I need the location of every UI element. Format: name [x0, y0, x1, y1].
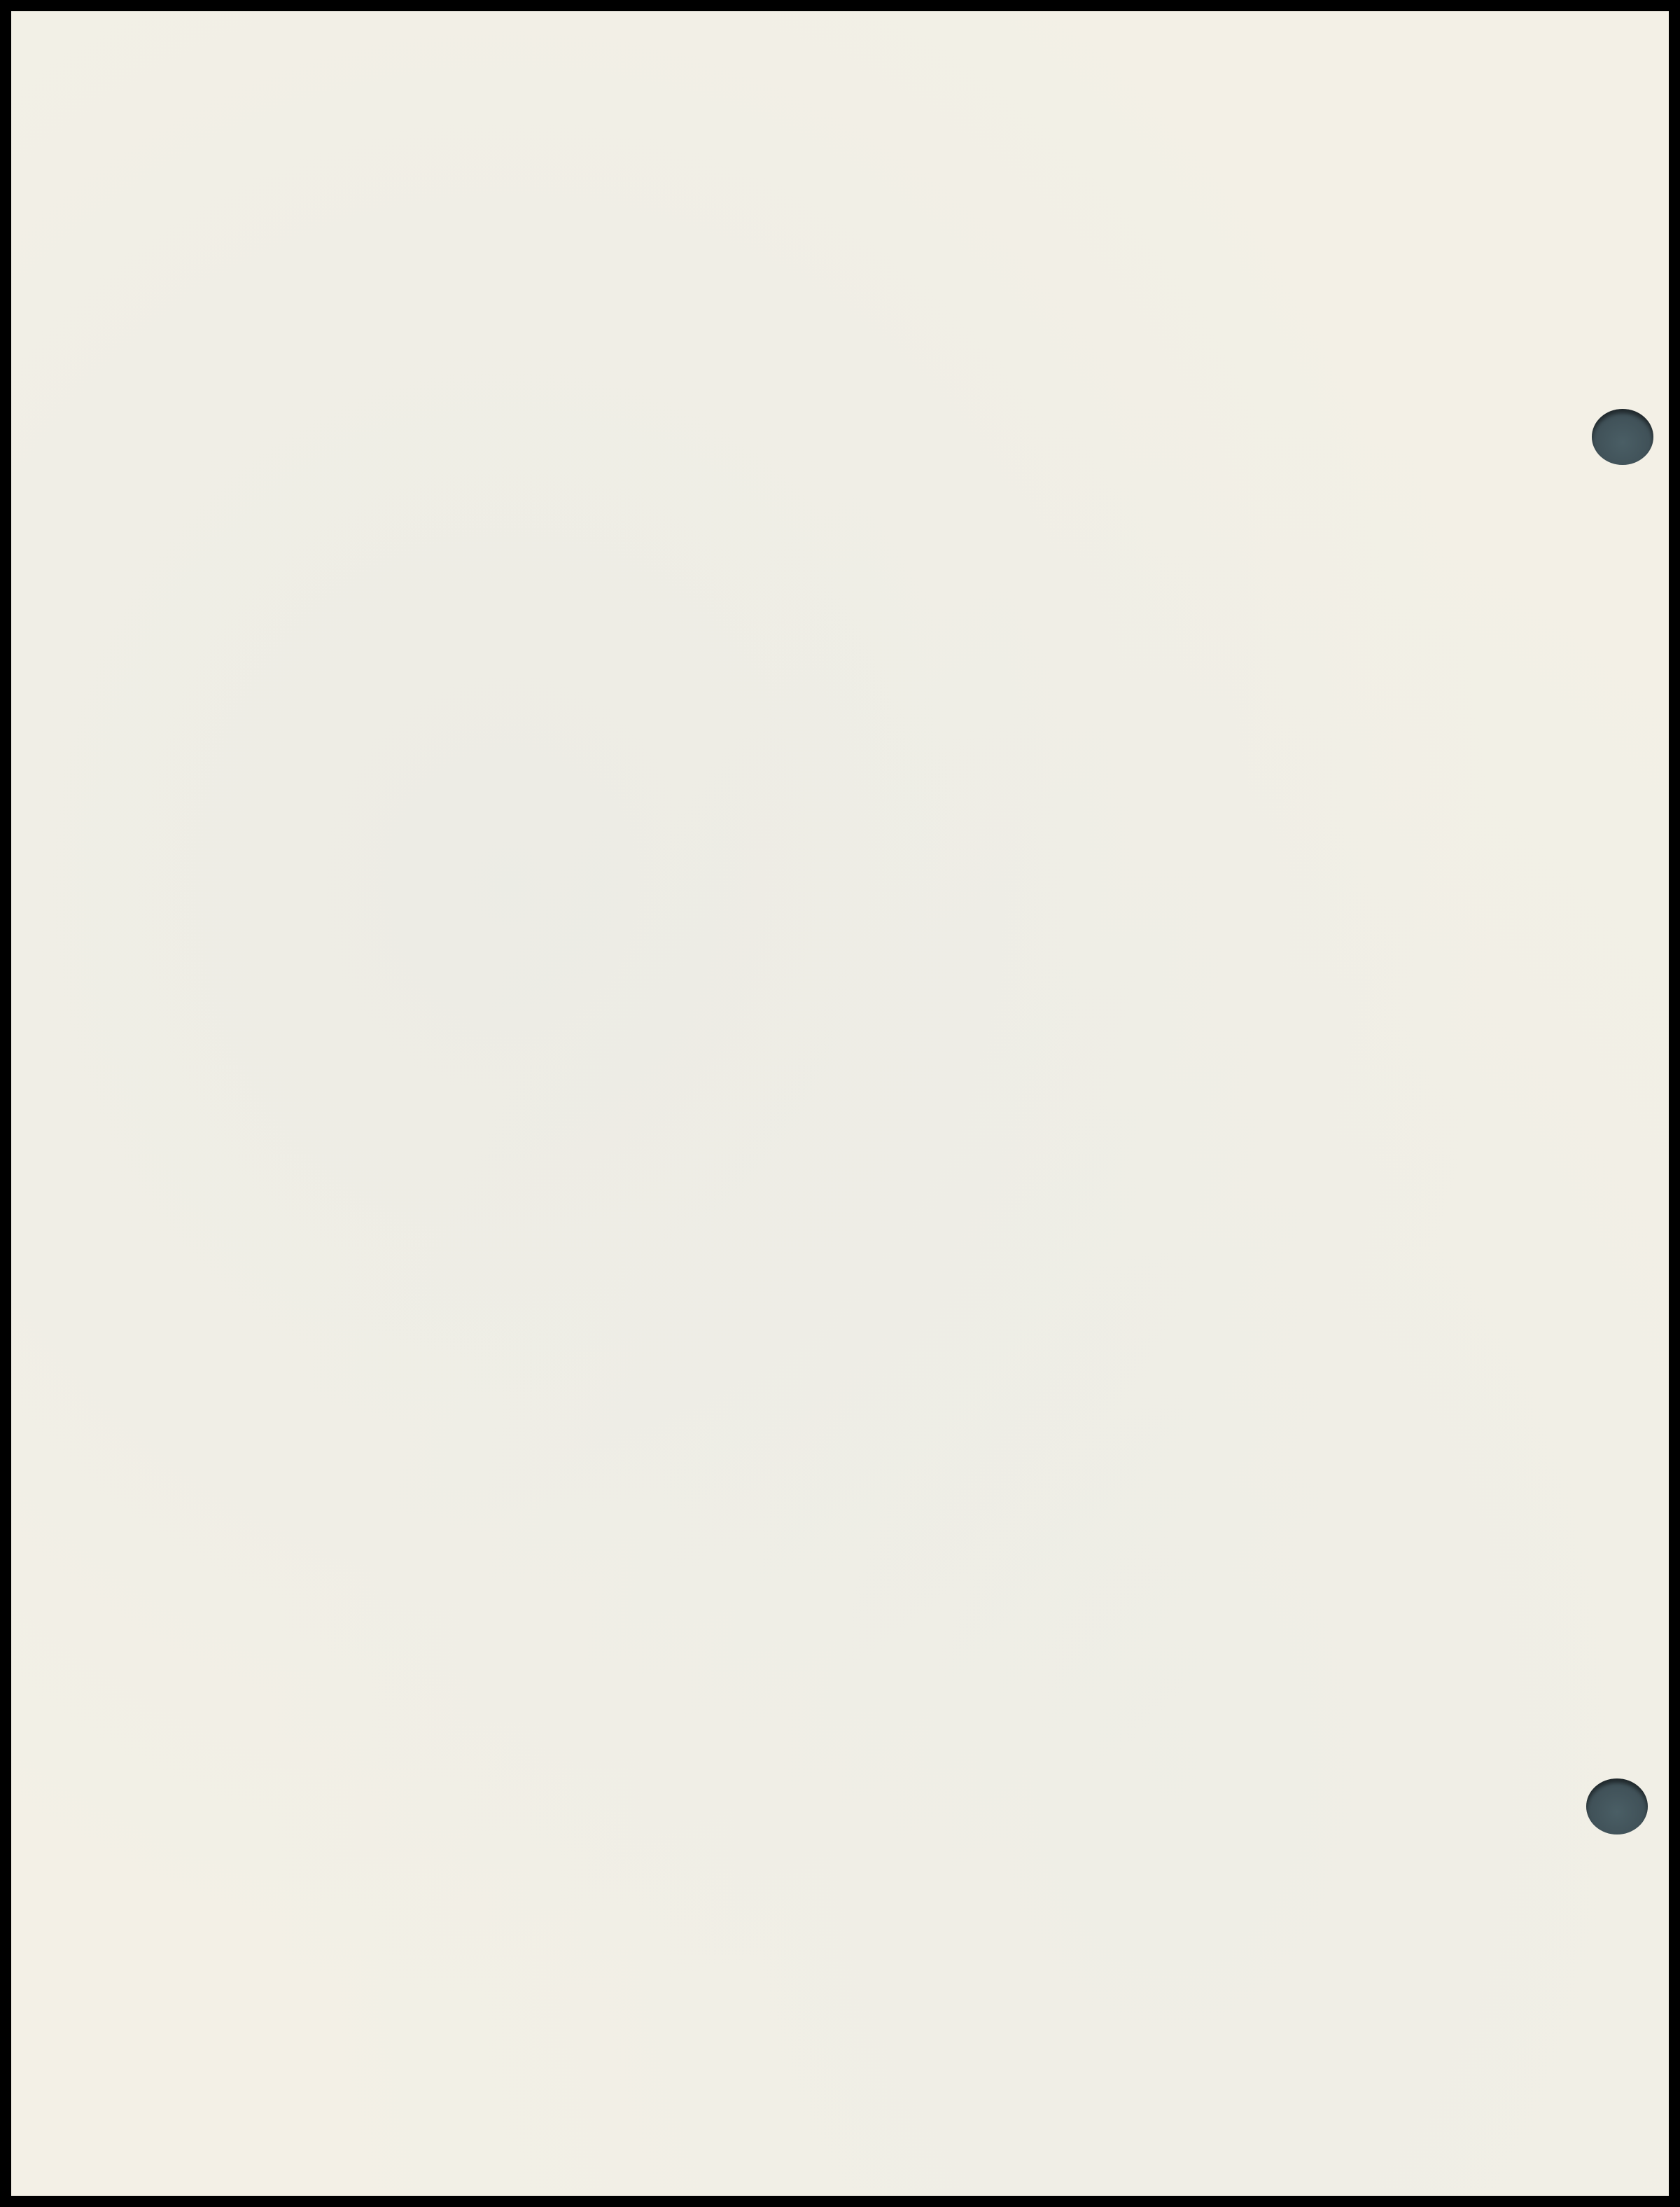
punch-hole-bottom — [1586, 1778, 1648, 1834]
punch-hole-top — [1592, 409, 1653, 465]
blank-page — [11, 11, 1669, 2196]
